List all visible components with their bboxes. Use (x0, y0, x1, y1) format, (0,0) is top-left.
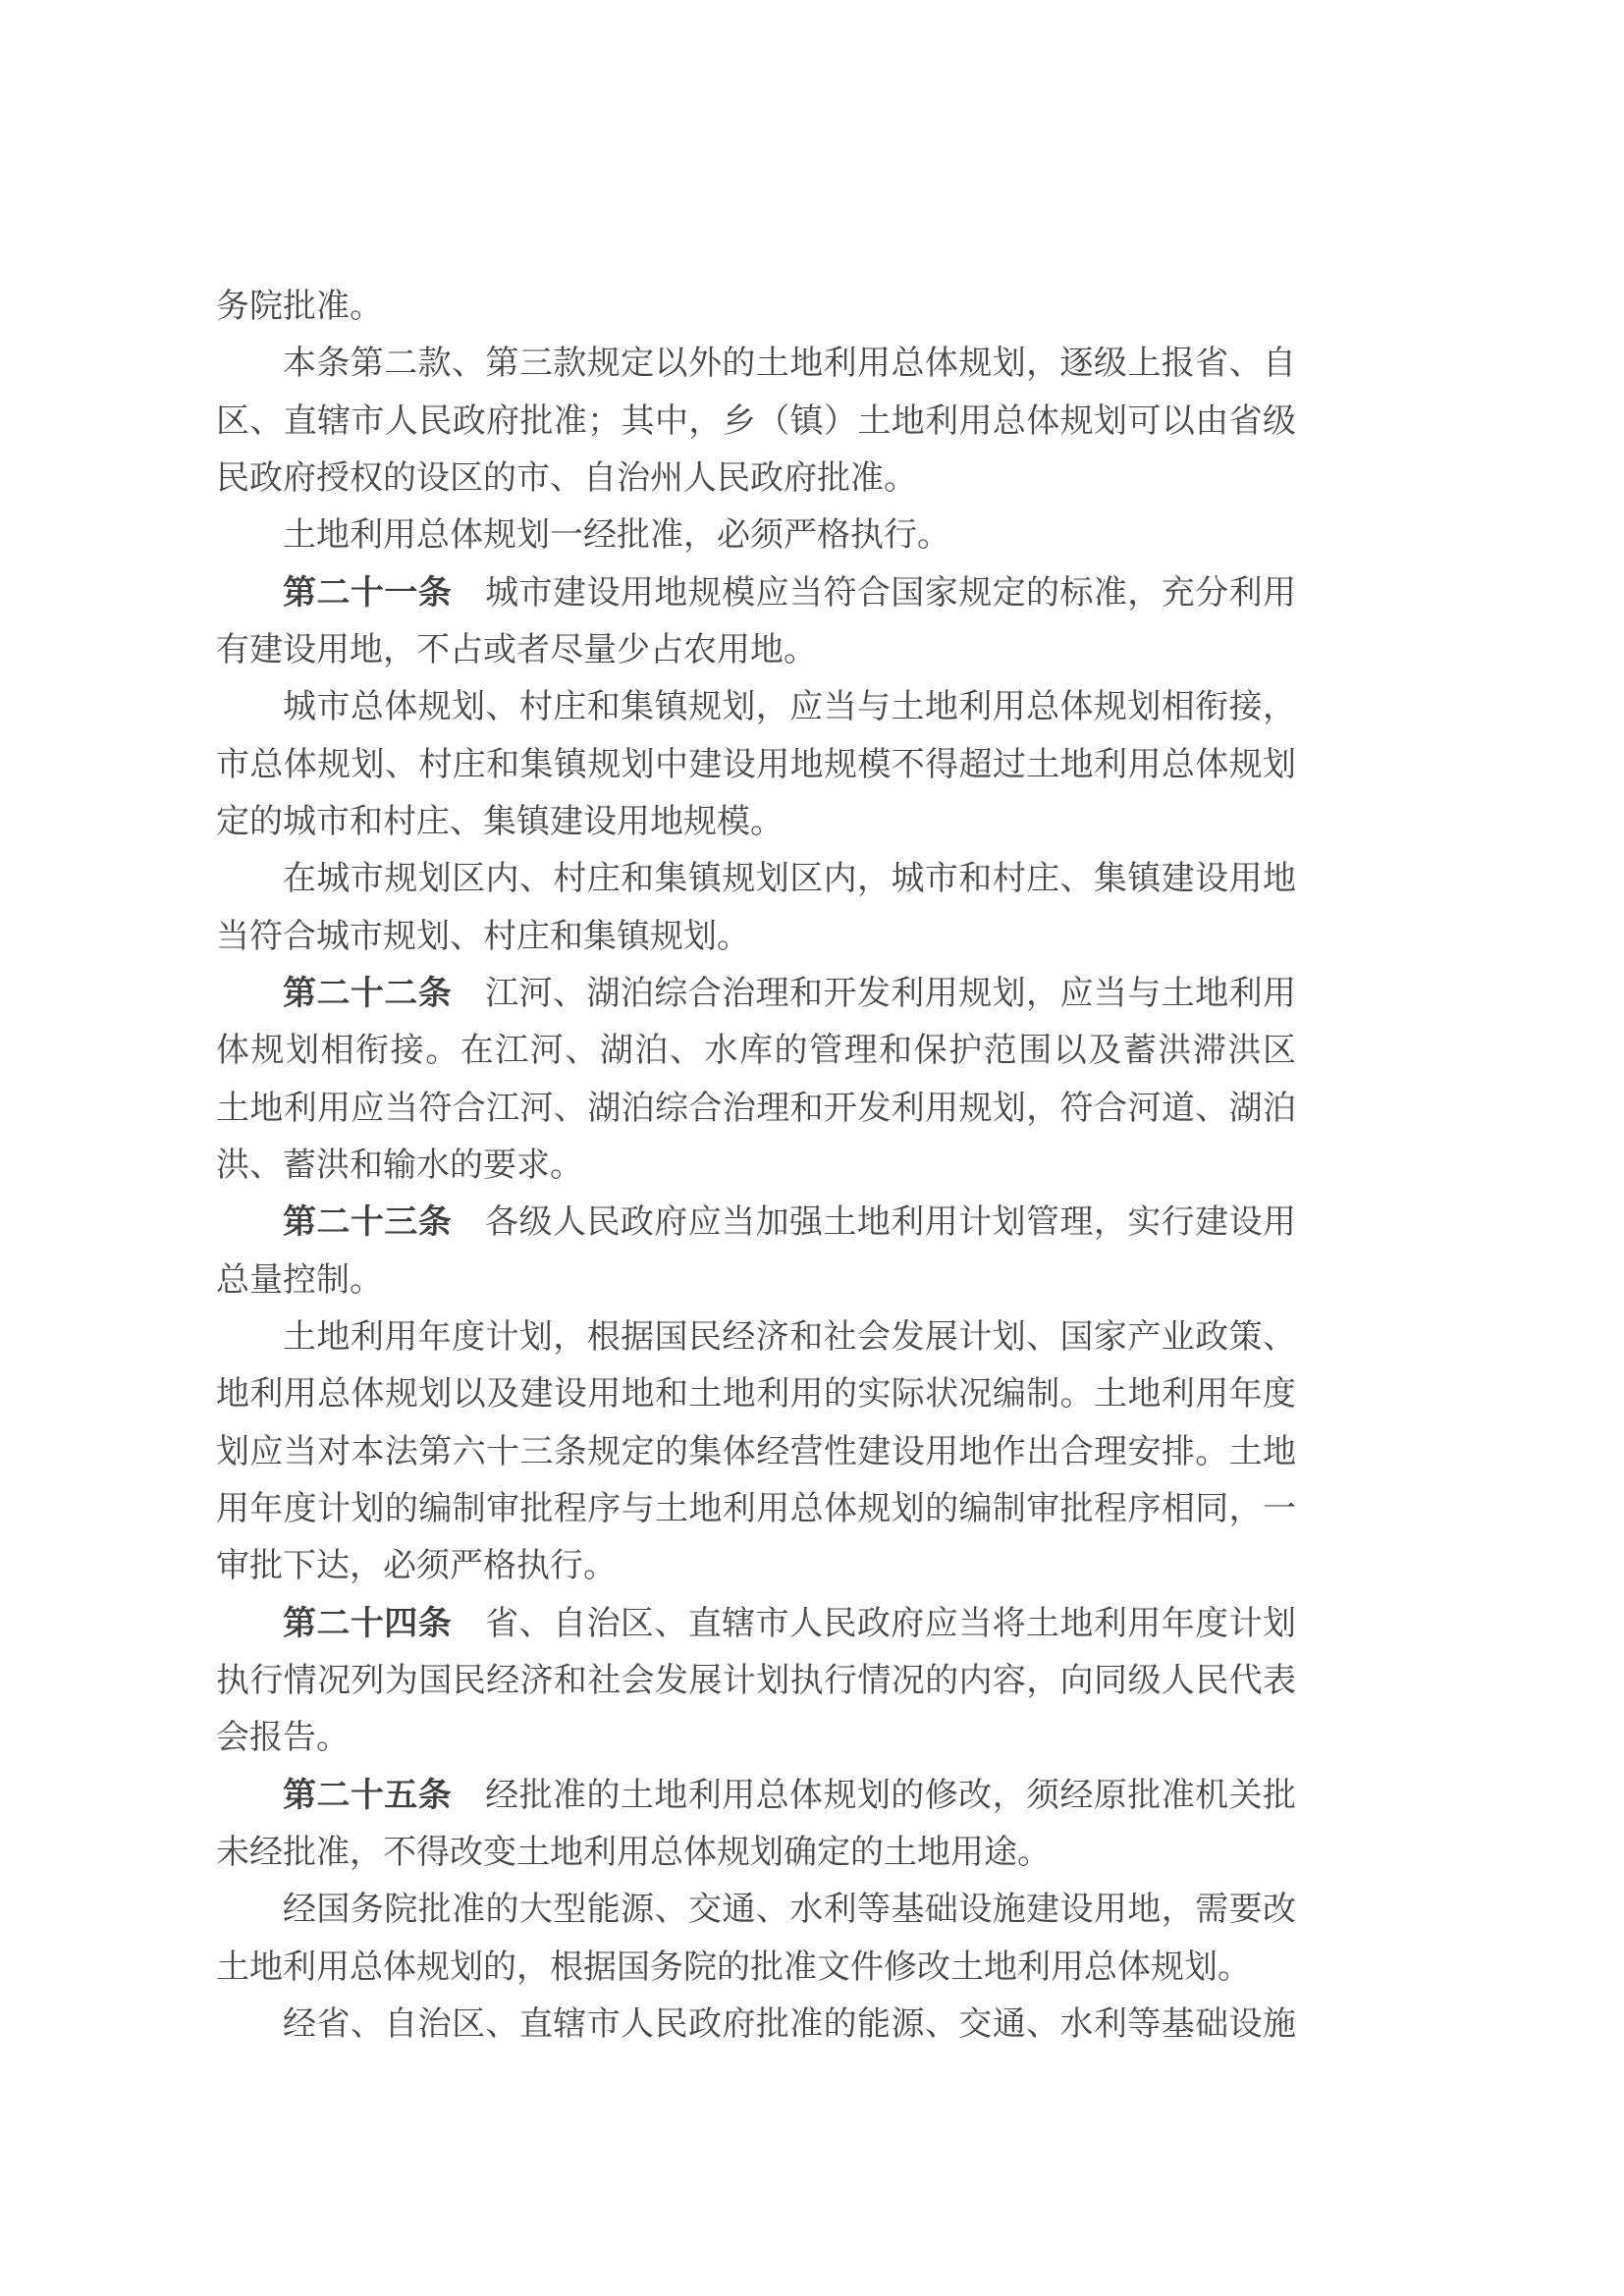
text-line: 土地利用年度计划，根据国民经济和社会发展计划、国家产业政策、土 (216, 1309, 1296, 1366)
text-line: 土地利用总体规划的，根据国务院的批准文件修改土地利用总体规划。 (216, 1940, 1296, 1997)
text-line: 总量控制。 (216, 1253, 1296, 1309)
text-line: 体规划相衔接。在江河、湖泊、水库的管理和保护范围以及蓄洪滞洪区内， (216, 1023, 1296, 1080)
text-line: 在城市规划区内、村庄和集镇规划区内，城市和村庄、集镇建设用地应 (216, 851, 1296, 908)
text-line: 经省、自治区、直辖市人民政府批准的能源、交通、水利等基础设施建 (216, 1997, 1296, 2054)
text-line: 经国务院批准的大型能源、交通、水利等基础设施建设用地，需要改变 (216, 1882, 1296, 1939)
text-line: 当符合城市规划、村庄和集镇规划。 (216, 909, 1296, 966)
document-body: 务院批准。本条第二款、第三款规定以外的土地利用总体规划，逐级上报省、自治区、直辖… (216, 279, 1296, 2054)
text-line: 第二十四条省、自治区、直辖市人民政府应当将土地利用年度计划的 (216, 1596, 1296, 1653)
article-number: 第二十五条 (283, 1778, 452, 1814)
document-page: 务院批准。本条第二款、第三款规定以外的土地利用总体规划，逐级上报省、自治区、直辖… (0, 0, 1624, 2296)
text-line: 有建设用地，不占或者尽量少占农用地。 (216, 622, 1296, 679)
text-line: 第二十二条江河、湖泊综合治理和开发利用规划，应当与土地利用总 (216, 966, 1296, 1023)
article-number: 第二十一条 (283, 575, 452, 612)
text-line: 土地利用应当符合江河、湖泊综合治理和开发利用规划，符合河道、湖泊行 (216, 1081, 1296, 1138)
text-line: 地利用总体规划以及建设用地和土地利用的实际状况编制。土地利用年度计 (216, 1366, 1296, 1423)
text-line: 洪、蓄洪和输水的要求。 (216, 1138, 1296, 1195)
text-line: 第二十五条经批准的土地利用总体规划的修改，须经原批准机关批准； (216, 1768, 1296, 1825)
article-number: 第二十二条 (283, 976, 452, 1012)
text-line: 区、直辖市人民政府批准；其中，乡（镇）土地利用总体规划可以由省级人 (216, 394, 1296, 451)
text-line: 民政府授权的设区的市、自治州人民政府批准。 (216, 451, 1296, 507)
text-line: 审批下达，必须严格执行。 (216, 1538, 1296, 1595)
text-line: 第二十一条城市建设用地规模应当符合国家规定的标准，充分利用现 (216, 565, 1296, 622)
text-line: 第二十三条各级人民政府应当加强土地利用计划管理，实行建设用地 (216, 1195, 1296, 1252)
text-line: 土地利用总体规划一经批准，必须严格执行。 (216, 507, 1296, 564)
text-line: 城市总体规划、村庄和集镇规划，应当与土地利用总体规划相衔接，城 (216, 679, 1296, 736)
article-number: 第二十四条 (283, 1606, 452, 1642)
text-line: 执行情况列为国民经济和社会发展计划执行情况的内容，向同级人民代表大 (216, 1653, 1296, 1710)
text-line: 用年度计划的编制审批程序与土地利用总体规划的编制审批程序相同，一经 (216, 1481, 1296, 1538)
text-line: 划应当对本法第六十三条规定的集体经营性建设用地作出合理安排。土地利 (216, 1424, 1296, 1481)
text-line: 务院批准。 (216, 279, 1296, 336)
text-line: 定的城市和村庄、集镇建设用地规模。 (216, 794, 1296, 851)
text-line: 本条第二款、第三款规定以外的土地利用总体规划，逐级上报省、自治 (216, 336, 1296, 393)
text-line: 会报告。 (216, 1710, 1296, 1767)
text-line: 市总体规划、村庄和集镇规划中建设用地规模不得超过土地利用总体规划确 (216, 737, 1296, 794)
article-number: 第二十三条 (283, 1204, 452, 1241)
text-line: 未经批准，不得改变土地利用总体规划确定的土地用途。 (216, 1825, 1296, 1882)
